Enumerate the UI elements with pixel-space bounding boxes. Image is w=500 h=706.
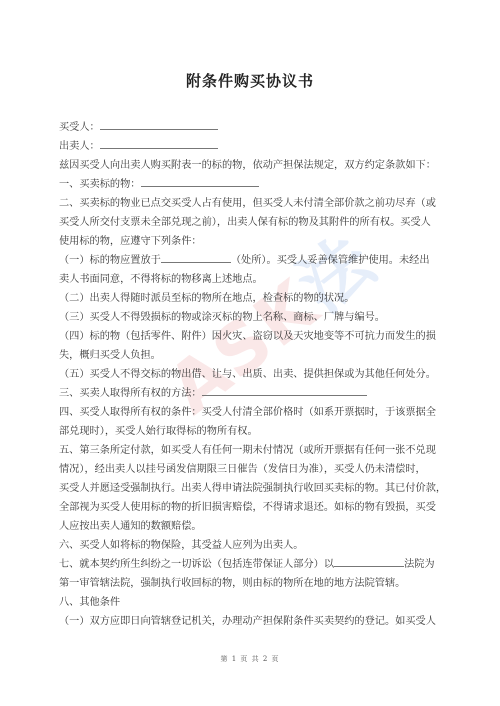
line-text: 买受人： [59,122,100,133]
document-line: 买受人并愿迳受强制执行。出卖人得申请法院强制执行收回买卖标的物。其已付价款， [59,479,439,498]
document-line: 全部视为买受人使用标的物的折旧损害赔偿，不得请求退还。如标的物有毁损，买受 [59,498,439,517]
line-text: 八、其他条件 [59,597,120,608]
line-text: 一、买卖标的物： [59,179,141,190]
line-text-after: （处所）。买受人妥善保管维护使用。未经出 [231,255,430,266]
line-text: 情况），经出卖人以挂号函发信期限三日催告（发信日为准），买受人仍未清偿时， [59,464,426,475]
document-line: 卖人书面同意，不得将标的物移离上述地点。 [59,270,439,289]
line-text: 买受人并愿迳受强制执行。出卖人得申请法院强制执行收回买卖标的物。其已付价款， [59,483,446,494]
line-text: 四、买受人取得所有权的条件：买受人付清全部价格时（如系开票据时，于该票据全 [59,407,436,418]
fill-in-blank [100,137,218,149]
line-text: （三）买受人不得毁损标的物或涂灭标的物上名称、商标、厂牌与编号。 [59,312,385,323]
document-line: 出卖人： [59,137,439,156]
line-text: （五）买受人不得交标的物出借、让与、出质、出卖、提供担保或为其他任何处分。 [59,369,436,380]
document-line: （一）双方应即日向管辖登记机关，办理动产担保附条件买卖契约的登记。如买受人 [59,612,439,631]
line-text: 卖人书面同意，不得将标的物移离上述地点。 [59,274,263,285]
document-line: 部兑现时），买受人始行取得标的物所有权。 [59,422,439,441]
page-number: 第 1 页 共 2 页 [0,654,500,664]
fill-in-blank [100,118,218,130]
fill-in-blank [161,251,231,263]
line-text: 人应按出卖人通知的数额赔偿。 [59,521,202,532]
document-line: 第一审管辖法院，强制执行收回标的物，则由标的物所在地的地方法院管辖。 [59,574,439,593]
document-line: 失，概归买受人负担。 [59,346,439,365]
document-line: （三）买受人不得毁损标的物或涂灭标的物上名称、商标、厂牌与编号。 [59,308,439,327]
line-text: （四）标的物（包括零件、附件）因火灾、盗窃以及天灾地变等不可抗力而发生的损 [59,331,436,342]
line-text: 六、买受人如将标的物保险，其受益人应列为出卖人。 [59,540,304,551]
fill-in-blank [334,555,404,567]
document-line: 兹因买受人向出卖人购买附表一的标的物，依动产担保法规定，双方约定条款如下： [59,156,439,175]
line-text: 二、买卖标的物业已点交买受人占有使用，但买受人未付清全部价款之前功尽弃（或 [59,198,436,209]
line-text: 出卖人： [59,141,100,152]
document-line: （四）标的物（包括零件、附件）因火灾、盗窃以及天灾地变等不可抗力而发生的损 [59,327,439,346]
line-text: 第一审管辖法院，强制执行收回标的物，则由标的物所在地的地方法院管辖。 [59,578,405,589]
document-line: 六、买受人如将标的物保险，其受益人应列为出卖人。 [59,536,439,555]
line-text: 使用标的物，应遵守下列条件： [59,236,202,247]
line-text: 失，概归买受人负担。 [59,350,161,361]
document-line: （二）出卖人得随时派员至标的物所在地点，检查标的物的状况。 [59,289,439,308]
document-line: 人应按出卖人通知的数额赔偿。 [59,517,439,536]
document-line: （一）标的物应置放于（处所）。买受人妥善保管维护使用。未经出 [59,251,439,270]
line-text: 七、就本契约所生纠纷之一切诉讼（包括连带保证人部分）以 [59,559,334,570]
document-body: 买受人：出卖人：兹因买受人向出卖人购买附表一的标的物，依动产担保法规定，双方约定… [59,118,439,631]
document-line: 买受人： [59,118,439,137]
line-text: 全部视为买受人使用标的物的折旧损害赔偿，不得请求退还。如标的物有毁损，买受 [59,502,436,513]
document-line: 情况），经出卖人以挂号函发信期限三日催告（发信日为准），买受人仍未清偿时， [59,460,439,479]
document-line: 三、买卖人取得所有权的方法： [59,384,439,403]
document-line: 使用标的物，应遵守下列条件： [59,232,439,251]
document-line: （五）买受人不得交标的物出借、让与、出质、出卖、提供担保或为其他任何处分。 [59,365,439,384]
line-text: （二）出卖人得随时派员至标的物所在地点，检查标的物的状况。 [59,293,354,304]
document-line: 七、就本契约所生纠纷之一切诉讼（包括连带保证人部分）以法院为 [59,555,439,574]
fill-in-blank [141,175,259,187]
document-line: 八、其他条件 [59,593,439,612]
line-text: 买受人所交付支票未全部兑现之前），出卖人保有标的物及其附件的所有权。买受人 [59,217,431,228]
document-line: 五、第三条所定付款，如买受人有任何一期未付情况（或所开票据有任何一张不兑现 [59,441,439,460]
fill-in-blank [202,384,367,396]
line-text: （一）标的物应置放于 [59,255,161,266]
document-line: 四、买受人取得所有权的条件：买受人付清全部价格时（如系开票据时，于该票据全 [59,403,439,422]
document-line: 买受人所交付支票未全部兑现之前），出卖人保有标的物及其附件的所有权。买受人 [59,213,439,232]
document-line: 二、买卖标的物业已点交买受人占有使用，但买受人未付清全部价款之前功尽弃（或 [59,194,439,213]
document-line: 一、买卖标的物： [59,175,439,194]
line-text: 兹因买受人向出卖人购买附表一的标的物，依动产担保法规定，双方约定条款如下： [59,160,436,171]
line-text: 三、买卖人取得所有权的方法： [59,388,202,399]
line-text: （一）双方应即日向管辖登记机关，办理动产担保附条件买卖契约的登记。如买受人 [59,616,436,627]
document-title: 附条件购买协议书 [0,70,500,91]
line-text: 五、第三条所定付款，如买受人有任何一期未付情况（或所开票据有任何一张不兑现 [59,445,436,456]
document-page: ASK法 附条件购买协议书 买受人：出卖人：兹因买受人向出卖人购买附表一的标的物… [0,0,500,706]
line-text: 部兑现时），买受人始行取得标的物所有权。 [59,426,258,437]
line-text-after: 法院为 [404,559,435,570]
